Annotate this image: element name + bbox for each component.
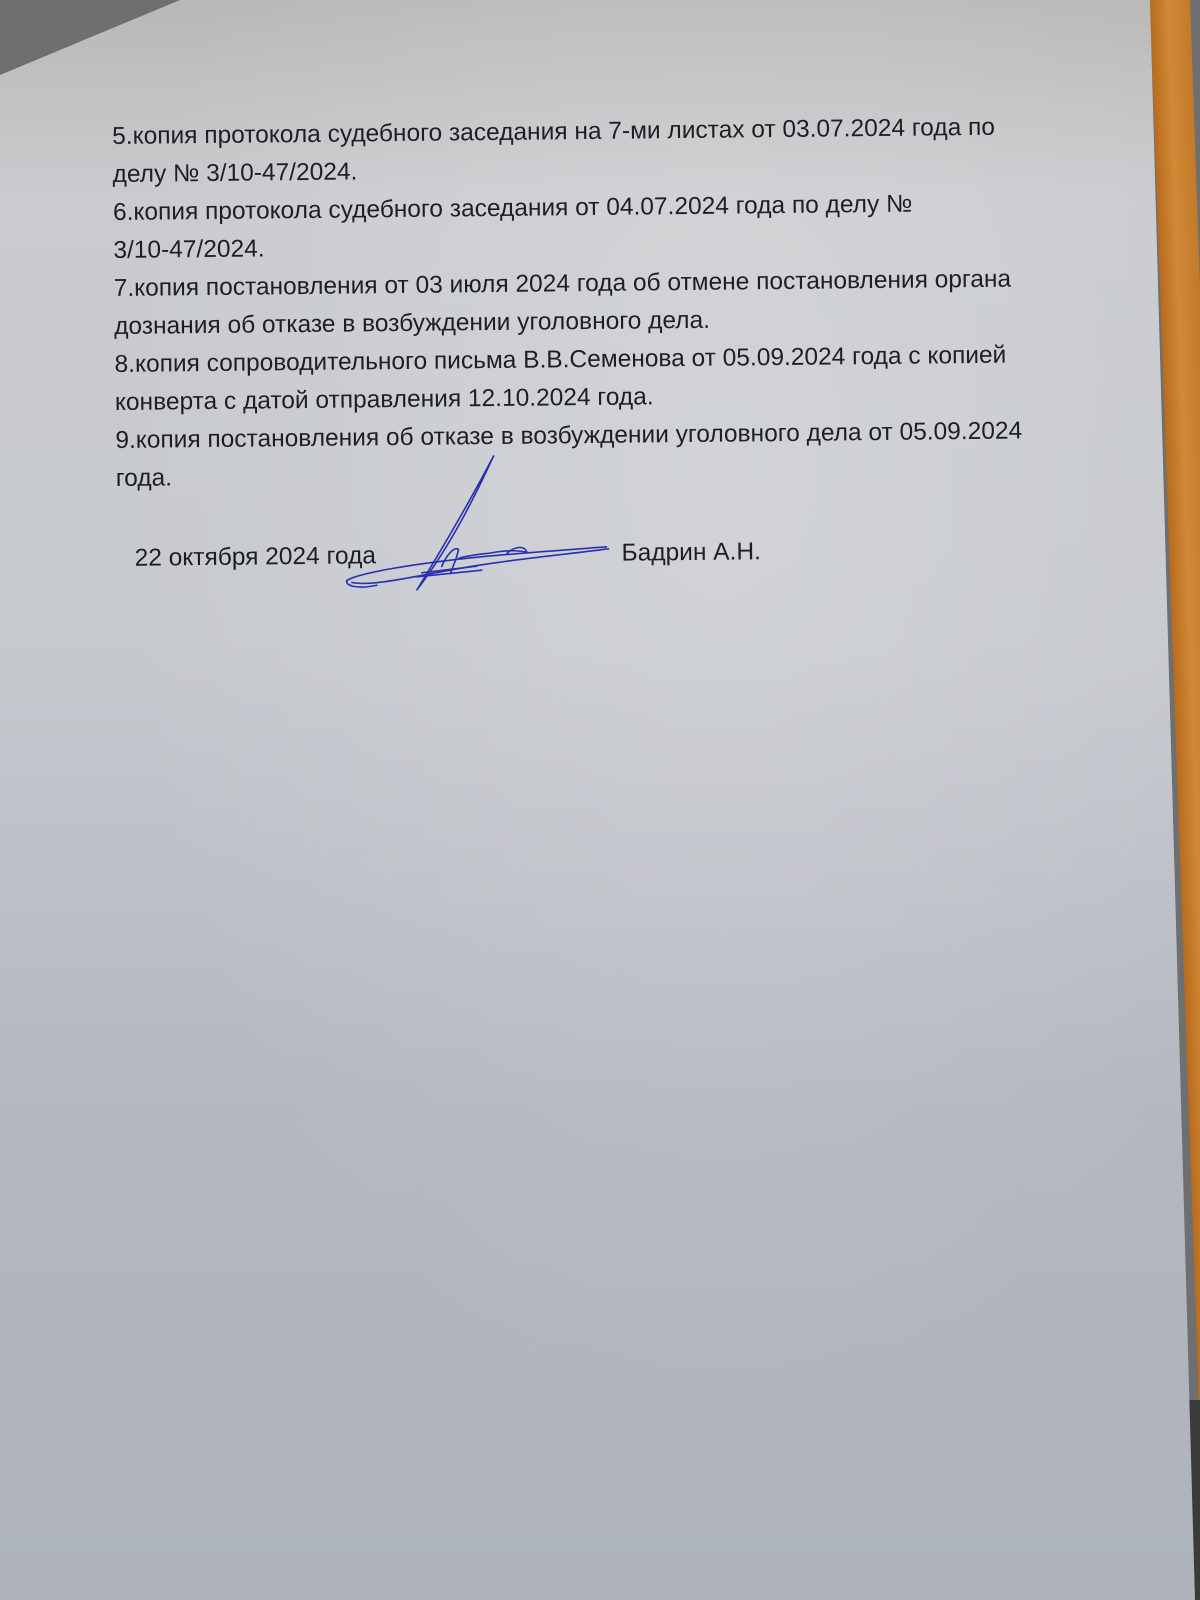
- signature-block: 22 октября 2024 года Бадрин А.Н.: [116, 518, 1107, 618]
- signature-date: 22 октября 2024 года: [134, 537, 376, 578]
- list-item-6: 6.копия протокола судебного заседания от…: [113, 184, 1104, 270]
- document-body: 5.копия протокола судебного заседания на…: [112, 108, 1107, 618]
- handwritten-signature-icon: [346, 452, 648, 605]
- signatory-name: Бадрин А.Н.: [621, 533, 761, 572]
- list-item-5: 5.копия протокола судебного заседания на…: [112, 108, 1103, 194]
- list-item-8: 8.копия сопроводительного письма В.В.Сем…: [114, 336, 1105, 422]
- list-item-7: 7.копия постановления от 03 июля 2024 го…: [114, 260, 1105, 346]
